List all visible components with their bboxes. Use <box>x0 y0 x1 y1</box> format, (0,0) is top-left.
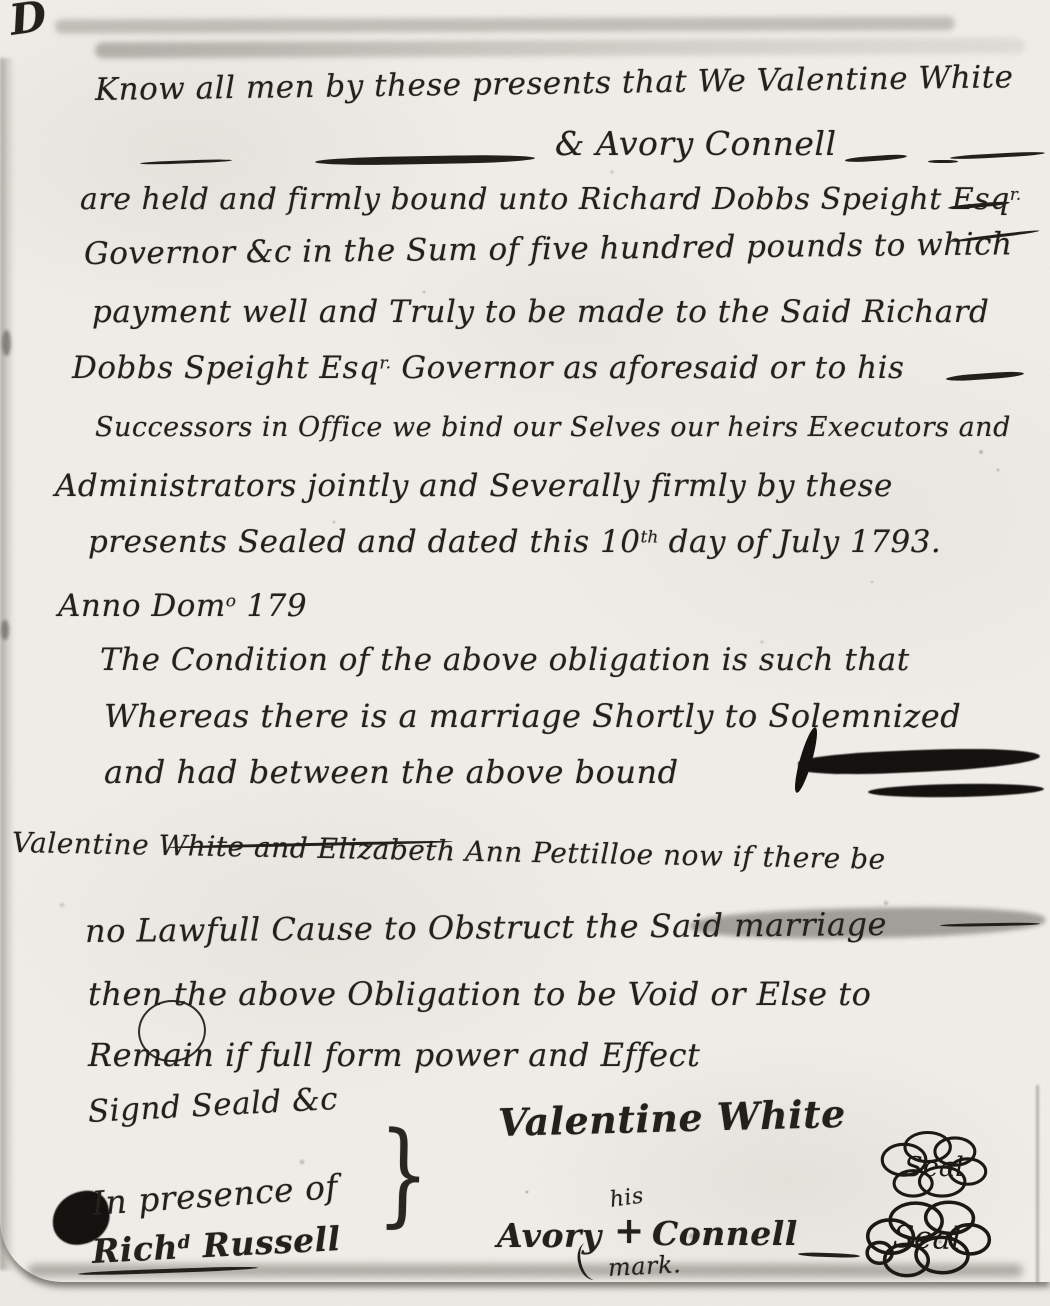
line-10-text-b: 179 <box>236 588 307 624</box>
corner-ink-mark: D <box>7 0 50 45</box>
witness-superscript: d <box>177 1232 191 1254</box>
line-6-superscript: r. <box>379 354 391 374</box>
line-3-superscript: r. <box>1010 185 1021 204</box>
document-line-5: payment well and Truly to be made to the… <box>92 294 989 330</box>
his-mark-cross: + <box>614 1210 645 1252</box>
signature-connell: Connell <box>652 1214 798 1253</box>
line-9-superscript: th <box>641 528 659 548</box>
seal-2: Seal <box>858 1186 1000 1295</box>
seal-2-label: Seal <box>892 1219 962 1257</box>
flourish-dash <box>928 160 958 163</box>
line-3-text: are held and firmly bound unto Richard D… <box>80 182 1010 217</box>
witness-name-b: Russell <box>190 1219 342 1266</box>
left-edge-mark <box>2 330 11 356</box>
document-line-3: are held and firmly bound unto Richard D… <box>80 182 1021 217</box>
left-edge-mark <box>1 620 9 640</box>
brace: } <box>376 1108 431 1240</box>
document-line-13: and had between the above bound <box>104 753 679 791</box>
document-line-7: Successors in Office we bind our Selves … <box>95 412 1011 443</box>
document-line-2: & Avory Connell <box>555 124 837 163</box>
document-line-11: The Condition of the above obligation is… <box>100 642 910 678</box>
document-line-16: then the above Obligation to be Void or … <box>88 975 871 1013</box>
seal-1-label: Seal <box>904 1152 964 1183</box>
line-10-superscript: o <box>226 592 236 612</box>
document-line-8: Administrators jointly and Severally fir… <box>55 468 893 504</box>
document-line-17: Remain if full form power and Effect <box>88 1036 700 1074</box>
his-mark-label-bottom: mark. <box>607 1250 682 1282</box>
paper-right-edge <box>1036 1085 1039 1285</box>
paper-left-edge <box>0 58 15 1270</box>
document-line-9: presents Sealed and dated this 10th day … <box>88 524 941 560</box>
line-6-text-a: Dobbs Speight Esq <box>72 350 379 386</box>
document-line-6: Dobbs Speight Esqr. Governor as aforesai… <box>72 350 904 386</box>
his-mark-label-top: his <box>608 1183 645 1212</box>
document-line-10: Anno Domo 179 <box>58 588 307 624</box>
witness-name-a: Rich <box>91 1228 179 1271</box>
scanned-document-page: D Know all men by these presents that We… <box>0 0 1050 1306</box>
line-10-text-a: Anno Dom <box>58 588 226 624</box>
document-line-12: Whereas there is a marriage Shortly to S… <box>104 697 961 735</box>
line-9-text-b: day of July 1793. <box>658 524 941 560</box>
signature-valentine-white: Valentine White <box>497 1091 846 1145</box>
line-9-text-a: presents Sealed and dated this 10 <box>88 524 641 560</box>
line-6-text-b: Governor as aforesaid or to his <box>391 350 904 386</box>
